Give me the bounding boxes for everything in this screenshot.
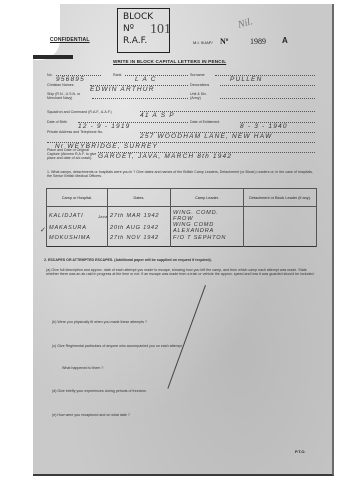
checkmark-icon: ✓ — [40, 226, 46, 234]
christian-names-field[interactable]: EDWIN ARTHUR — [90, 78, 188, 86]
col-dates: Dates. — [108, 189, 171, 207]
camp-cell[interactable]: MOKUSHIMA — [47, 234, 108, 247]
block-number: 101 — [150, 24, 171, 36]
surname-label: Surname — [190, 73, 205, 77]
torn-corner — [30, 0, 60, 60]
section2-title: 2. ESCAPES OR ATTEMPTED ESCAPES. (Additi… — [44, 258, 314, 262]
leader-cell[interactable]: WING. COMD. FROW — [171, 207, 244, 223]
address-field-line1[interactable]: 257 WOODHAM LANE, NEW HAW — [140, 125, 315, 133]
date-cell[interactable]: 27th MAR 1942 — [108, 207, 171, 223]
capture-value: GAROET, JAVA, MARCH 8th 1942 — [98, 153, 232, 160]
unit-label: Unit & Div. (Army) — [190, 92, 218, 100]
serial-suffix: A — [282, 36, 288, 45]
address-field-line2[interactable]: Nr WEYBRIDGE, SURREY — [47, 135, 315, 143]
question-2c: (c) Give Regimental particulars of anyon… — [52, 344, 183, 348]
paper-clip — [33, 55, 73, 59]
leader-cell[interactable]: F/O T SEPHTON — [171, 234, 244, 247]
camp-cell[interactable]: MAKASURA — [47, 222, 108, 234]
detachment-cell[interactable] — [244, 234, 317, 247]
no-label: No. — [47, 73, 53, 77]
enlistment-field[interactable]: 8 - 3 - 1940 — [240, 115, 315, 123]
date-cell[interactable]: 20th AUG 1942 — [108, 222, 171, 234]
dob-value: 12 - 9 - 1919 — [78, 123, 130, 130]
date-cell[interactable]: 27th NOV 1942 — [108, 234, 171, 247]
detachment-cell[interactable] — [244, 222, 317, 234]
rank-label: Rank — [113, 73, 121, 77]
table-row: MOKUSHIMA 27th NOV 1942 F/O T SEPHTON — [47, 234, 317, 247]
decorations-label: Decorations — [190, 83, 209, 87]
christian-names-label: Christian Names — [47, 83, 74, 87]
rank-field[interactable]: L A C — [125, 68, 188, 76]
table-row: MAKASURA 20th AUG 1942 WING COMD ALEXAND… — [47, 222, 317, 234]
enlistment-label: Date of Enlistment — [190, 120, 219, 124]
detachment-cell[interactable] — [244, 207, 317, 223]
no-value: 956895 — [56, 76, 85, 83]
col-detachment: Detachment or Block Leader (if any). — [244, 189, 317, 207]
dob-label: Date of Birth — [47, 120, 67, 124]
question-2b: (b) Were you physically fit when you mad… — [52, 320, 147, 324]
camps-table-header: Camp or Hospital. Dates. Camp Leader. De… — [47, 189, 317, 207]
form-reference: M.I. 9/JAP/ — [193, 40, 213, 45]
col-camp-leader: Camp Leader. — [171, 189, 244, 207]
form-instruction: WRITE IN BLOCK CAPITAL LETTERS IN PENCIL — [113, 59, 226, 64]
ship-field[interactable] — [92, 91, 188, 99]
capture-label: Place and Date of Original Capture (Airc… — [47, 148, 97, 160]
ship-label: Ship (R.N., U.S.N. or Merchant Navy) — [47, 92, 92, 100]
squadron-field[interactable]: 41 A S P — [140, 104, 315, 112]
section1-question: 1. What camps, detachments or hospitals … — [47, 170, 317, 179]
decorations-field[interactable] — [220, 78, 315, 86]
block-number-box: BLOCK Nº R.A.F. 101 — [117, 8, 170, 53]
leader-cell[interactable]: WING COMD ALEXANDRA — [171, 222, 244, 234]
question-2e: (e) How were you recaptured and on what … — [52, 413, 130, 417]
squadron-label: Squadron and Command (R.A.F., A.A.F.) — [47, 110, 112, 114]
serial-number: 1989 — [250, 37, 266, 46]
please-turn-over: P.T.O. — [295, 449, 306, 454]
camps-table: Camp or Hospital. Dates. Camp Leader. De… — [46, 188, 317, 247]
dob-field[interactable]: 12 - 9 - 1919 — [78, 115, 188, 123]
address-label: Private Address and Telephone No. — [47, 130, 103, 134]
serial-label: Nº — [220, 37, 228, 46]
col-camp: Camp or Hospital. — [47, 189, 108, 207]
table-row: KALIDJATI 27th MAR 1942 WING. COMD. FROW — [47, 207, 317, 223]
capture-field[interactable]: GAROET, JAVA, MARCH 8th 1942 — [98, 145, 315, 153]
question-2a: (a) Give full description and approx. da… — [46, 268, 316, 277]
no-field[interactable]: 956895 — [56, 68, 101, 76]
question-2c-followup: What happened to them ? — [62, 366, 103, 370]
surname-field[interactable]: PULLEN — [215, 68, 315, 76]
question-2d: (d) Give briefly your experiences during… — [52, 389, 147, 393]
unit-field[interactable] — [220, 91, 315, 99]
java-bracket-note: Java — [98, 214, 108, 219]
classification-stamp: CONFIDENTIAL — [50, 37, 90, 43]
